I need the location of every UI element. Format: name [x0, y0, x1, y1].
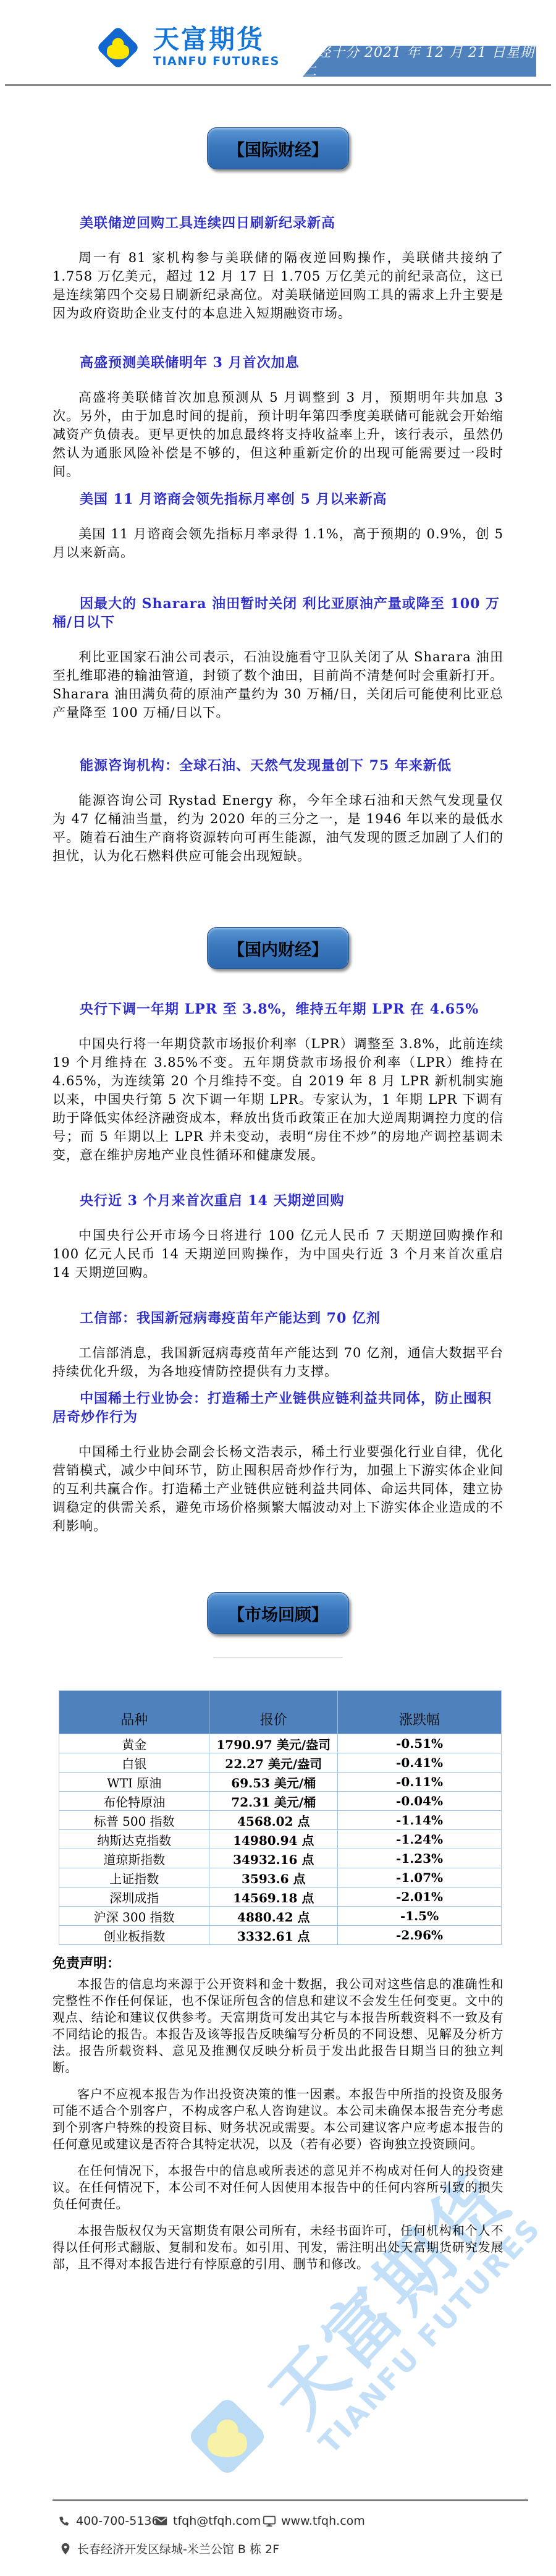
footer-email-text: tfqh@tfqh.com: [173, 2514, 261, 2528]
footer-address: 长春经济开发区绿城-米兰公馆 B 栋 2F: [59, 2540, 279, 2557]
footer-phone-text: 400-700-5136: [76, 2514, 159, 2528]
cell-change: -0.41%: [338, 1753, 502, 1773]
article-title: 高盛预测美联储明年 3 月首次加息: [53, 354, 503, 372]
section-button-market-review-label: 【市场回顾】: [228, 1601, 328, 1625]
cell-change: -0.11%: [338, 1773, 502, 1792]
cell-variety: 白银: [59, 1753, 209, 1773]
cell-variety: 深圳成指: [59, 1888, 209, 1907]
footer-phone: 400-700-5136: [57, 2514, 159, 2528]
disclaimer-paragraph: 在任何情况下，本报告中的信息或所表述的意见并不构成对任何人的投资建议。在任何情况…: [53, 2163, 503, 2213]
cell-change: -0.04%: [338, 1792, 502, 1811]
cell-quote: 34932.16 点: [209, 1849, 338, 1868]
section-button-market-review[interactable]: 【市场回顾】: [207, 1592, 349, 1634]
cell-variety: 沪深 300 指数: [59, 1907, 209, 1926]
watermark-logo-icon: [178, 2387, 277, 2486]
article-body: 中国稀土行业协会副会长杨文浩表示，稀土行业要强化行业自律，优化营销模式，减少中间…: [53, 1443, 503, 1535]
article-body: 中国央行将一年期贷款市场报价利率（LPR）调整至 3.8%，此前连续 19 个月…: [53, 1035, 503, 1164]
article-title: 中国稀土行业协会：打造稀土产业链供应链利益共同体，防止囤积居奇炒作行为: [53, 1389, 503, 1426]
table-row-silver: 白银 22.27 美元/盎司 -0.41%: [59, 1753, 502, 1773]
section-button-international[interactable]: 【国际财经】: [207, 127, 349, 169]
table-row-sp500: 标普 500 指数 4568.02 点 -1.14%: [59, 1811, 502, 1830]
cell-variety: 纳斯达克指数: [59, 1830, 209, 1849]
article-title: 美联储逆回购工具连续四日刷新纪录新高: [53, 214, 503, 232]
article-title: 央行近 3 个月来首次重启 14 天期逆回购: [53, 1192, 503, 1210]
logo-en-text: TIANFU FUTURES: [153, 53, 280, 69]
cell-quote: 4880.42 点: [209, 1907, 338, 1926]
column-header-variety: 品种: [59, 1691, 209, 1734]
article-body: 能源咨询公司 Rystad Energy 称，今年全球石油和天然气发现量仅为 4…: [53, 791, 503, 865]
market-table-header-row: 品种 报价 涨跌幅: [59, 1691, 502, 1734]
cell-variety: 布伦特原油: [59, 1792, 209, 1811]
company-logo-icon: [91, 21, 145, 74]
disclaimer-heading: 免责声明：: [53, 1953, 503, 1972]
article-vaccine-capacity: 工信部：我国新冠病毒疫苗年产能达到 70 亿剂 工信部消息，我国新冠病毒疫苗年产…: [53, 1309, 503, 1381]
article-goldman-rate-hike: 高盛预测美联储明年 3 月首次加息 高盛将美联储首次加息预测从 5 月调整到 3…: [53, 354, 503, 481]
article-title: 因最大的 Sharara 油田暂时关闭 利比亚原油产量或降至 100 万桶/日以…: [53, 595, 503, 632]
footer-email: tfqh@tfqh.com: [154, 2514, 261, 2528]
article-us-leading-index: 美国 11 月谘商会领先指标月率创 5 月以来新高 美国 11 月谘商会领先指标…: [53, 490, 503, 562]
article-title: 美国 11 月谘商会领先指标月率创 5 月以来新高: [53, 490, 503, 509]
column-header-change: 涨跌幅: [338, 1691, 502, 1734]
table-row-brent: 布伦特原油 72.31 美元/桶 -0.04%: [59, 1792, 502, 1811]
monitor-icon: [263, 2514, 276, 2528]
market-table: 品种 报价 涨跌幅 黄金 1790.97 美元/盎司 -0.51% 白银 22.…: [59, 1690, 502, 1945]
cell-quote: 3332.61 点: [209, 1926, 338, 1945]
column-header-quote: 报价: [209, 1691, 338, 1734]
cell-change: -2.96%: [338, 1926, 502, 1945]
cell-quote: 3593.6 点: [209, 1868, 338, 1888]
section-button-international-label: 【国际财经】: [228, 137, 328, 161]
table-row-nasdaq: 纳斯达克指数 14980.94 点 -1.24%: [59, 1830, 502, 1849]
date-banner: 财经十分 2021 年 12 月 21 日星期二: [303, 46, 536, 77]
article-14day-reverse-repo: 央行近 3 个月来首次重启 14 天期逆回购 中国央行公开市场今日将进行 100…: [53, 1192, 503, 1282]
table-row-csi300: 沪深 300 指数 4880.42 点 -1.5%: [59, 1907, 502, 1926]
cell-change: -1.23%: [338, 1849, 502, 1868]
cell-change: -1.5%: [338, 1907, 502, 1926]
article-body: 中国央行公开市场今日将进行 100 亿元人民币 7 天期逆回购操作和 100 亿…: [53, 1226, 503, 1282]
cell-quote: 1790.97 美元/盎司: [209, 1734, 338, 1753]
cell-change: -1.07%: [338, 1868, 502, 1888]
cell-variety: 上证指数: [59, 1868, 209, 1888]
table-row-dow: 道琼斯指数 34932.16 点 -1.23%: [59, 1849, 502, 1868]
cell-quote: 14569.18 点: [209, 1888, 338, 1907]
article-oil-gas-discovery-low: 能源咨询机构：全球石油、天然气发现量创下 75 年来新低 能源咨询公司 Ryst…: [53, 756, 503, 865]
footer-address-text: 长春经济开发区绿城-米兰公馆 B 栋 2F: [77, 2540, 279, 2557]
cell-quote: 22.27 美元/盎司: [209, 1753, 338, 1773]
article-rare-earth-association: 中国稀土行业协会：打造稀土产业链供应链利益共同体，防止囤积居奇炒作行为 中国稀土…: [53, 1389, 503, 1535]
footer-website-text: www.tfqh.com: [281, 2514, 365, 2528]
cell-quote: 72.31 美元/桶: [209, 1792, 338, 1811]
article-lpr-cut: 央行下调一年期 LPR 至 3.8%，维持五年期 LPR 在 4.65% 中国央…: [53, 1000, 503, 1164]
cell-change: -0.51%: [338, 1734, 502, 1753]
header-divider: [5, 84, 551, 86]
location-pin-icon: [59, 2542, 72, 2556]
table-row-shenzhen: 深圳成指 14569.18 点 -2.01%: [59, 1888, 502, 1907]
cell-variety: 黄金: [59, 1734, 209, 1753]
article-sharara-oilfield: 因最大的 Sharara 油田暂时关闭 利比亚原油产量或降至 100 万桶/日以…: [53, 595, 503, 722]
logo-cn-text: 天富期货: [153, 26, 280, 53]
article-title: 央行下调一年期 LPR 至 3.8%，维持五年期 LPR 在 4.65%: [53, 1000, 503, 1019]
article-body: 美国 11 月谘商会领先指标月率录得 1.1%，高于预期的 0.9%，创 5 月…: [53, 525, 503, 562]
table-row-shanghai: 上证指数 3593.6 点 -1.07%: [59, 1868, 502, 1888]
article-body: 利比亚国家石油公司表示，石油设施看守卫队关闭了从 Sharara 油田至扎维耶港…: [53, 648, 503, 722]
table-row-chinext: 创业板指数 3332.61 点 -2.96%: [59, 1926, 502, 1945]
cell-variety: 创业板指数: [59, 1926, 209, 1945]
cell-quote: 4568.02 点: [209, 1811, 338, 1830]
cell-quote: 69.53 美元/桶: [209, 1773, 338, 1792]
table-row-wti: WTI 原油 69.53 美元/桶 -0.11%: [59, 1773, 502, 1792]
cell-change: -1.14%: [338, 1811, 502, 1830]
disclaimer-paragraph: 本报告的信息均来源于公开资料和金十数据，我公司对这些信息的准确性和完整性不作任何…: [53, 1976, 503, 2076]
newsletter-page: 天富期货 TIANFU FUTURES 天富期货 TIANFU FUTURES …: [0, 0, 556, 2576]
company-logo: 天富期货 TIANFU FUTURES: [91, 21, 280, 74]
table-row-gold: 黄金 1790.97 美元/盎司 -0.51%: [59, 1734, 502, 1753]
footer-website: www.tfqh.com: [263, 2514, 365, 2528]
cell-quote: 14980.94 点: [209, 1830, 338, 1849]
section-button-domestic-label: 【国内财经】: [228, 936, 328, 960]
article-body: 高盛将美联储首次加息预测从 5 月调整到 3 月，预期明年共加息 3 次。另外，…: [53, 388, 503, 481]
cell-variety: WTI 原油: [59, 1773, 209, 1792]
phone-icon: [57, 2514, 71, 2528]
disclaimer-paragraph: 本报告版权仅为天富期货有限公司所有，未经书面许可，任何机构和个人不得以任何形式翻…: [53, 2222, 503, 2273]
article-body: 周一有 81 家机构参与美联储的隔夜逆回购操作，美联储共接纳了 1.758 万亿…: [53, 248, 503, 323]
section-button-domestic[interactable]: 【国内财经】: [207, 927, 349, 969]
article-fed-reverse-repo: 美联储逆回购工具连续四日刷新纪录新高 周一有 81 家机构参与美联储的隔夜逆回购…: [53, 214, 503, 323]
disclaimer: 免责声明： 本报告的信息均来源于公开资料和金十数据，我公司对这些信息的准确性和完…: [53, 1953, 503, 2282]
cell-variety: 标普 500 指数: [59, 1811, 209, 1830]
cell-change: -2.01%: [338, 1888, 502, 1907]
cell-change: -1.24%: [338, 1830, 502, 1849]
article-title: 能源咨询机构：全球石油、天然气发现量创下 75 年来新低: [53, 756, 503, 775]
disclaimer-paragraph: 客户不应视本报告为作出投资决策的惟一因素。本报告中所指的投资及服务可能不适合个别…: [53, 2086, 503, 2153]
market-divider: [213, 1657, 343, 1658]
article-body: 工信部消息，我国新冠病毒疫苗年产能达到 70 亿剂，通信大数据平台持续优化升级，…: [53, 1344, 503, 1381]
article-title: 工信部：我国新冠病毒疫苗年产能达到 70 亿剂: [53, 1309, 503, 1328]
mail-icon: [154, 2514, 168, 2528]
footer-divider: [53, 2499, 528, 2501]
date-banner-text: 财经十分 2021 年 12 月 21 日星期二: [303, 42, 536, 80]
cell-variety: 道琼斯指数: [59, 1849, 209, 1868]
